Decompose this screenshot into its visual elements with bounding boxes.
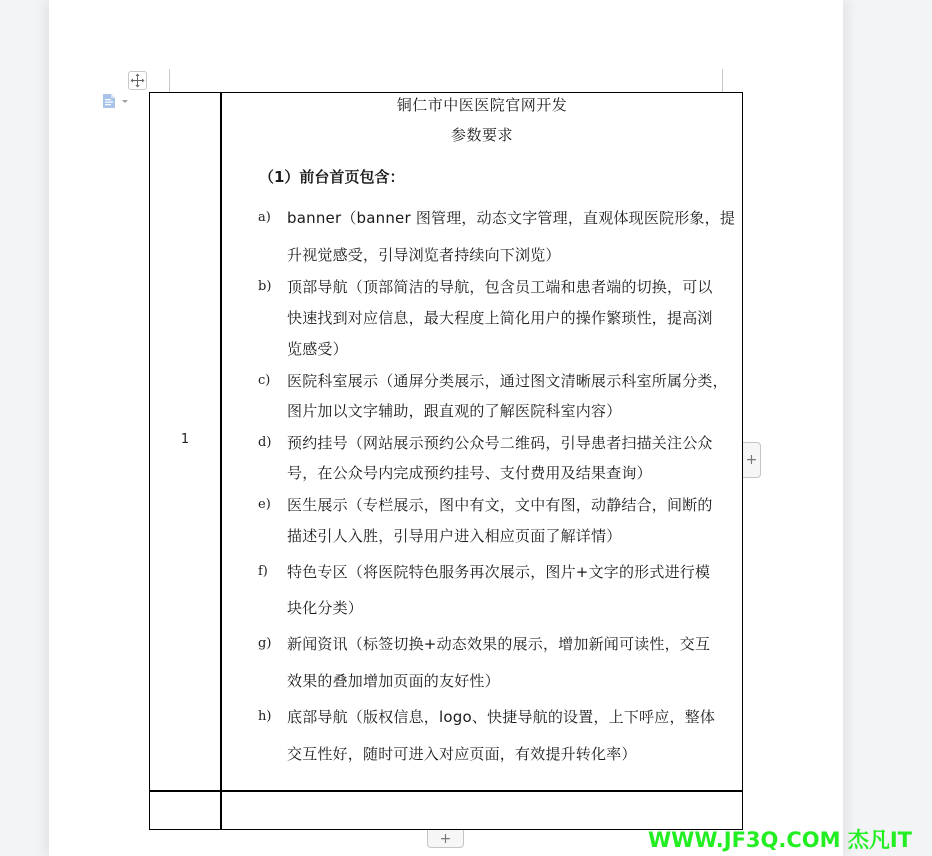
- paragraph-options-button[interactable]: [102, 94, 130, 108]
- list-marker: g): [258, 636, 271, 651]
- list-item-line: 预约挂号（网站展示预约公众号二维码，引导患者扫描关注公众: [287, 432, 713, 453]
- list-marker: b): [258, 279, 271, 294]
- move-icon: [130, 73, 145, 88]
- list-item-line: 号，在公众号内完成预约挂号、支付费用及结果查询）: [287, 462, 652, 483]
- list-marker: c): [258, 373, 270, 388]
- left-margin-guide: [169, 69, 170, 92]
- list-marker: d): [258, 435, 271, 450]
- table-move-handle[interactable]: [128, 71, 147, 90]
- document-icon: [102, 94, 116, 108]
- list-item-line: 效果的叠加增加页面的友好性）: [287, 670, 500, 691]
- list-item-line: 医院科室展示（通屏分类展示，通过图文清晰展示科室所属分类，: [287, 370, 728, 391]
- watermark: WWW.JF3Q.COM 杰凡IT: [648, 824, 912, 854]
- document-subtitle: 参数要求: [222, 124, 742, 145]
- list-item-line: 描述引人入胜，引导用户进入相应页面了解详情）: [287, 525, 621, 546]
- list-item-line: 览感受）: [287, 338, 348, 359]
- list-item-line: 新闻资讯（标签切换+动态效果的展示，增加新闻可读性，交互: [287, 633, 710, 654]
- list-item-line: banner（banner 图管理，动态文字管理，直观体现医院形象，提: [287, 207, 735, 228]
- list-item-line: 图片加以文字辅助，跟直观的了解医院科室内容）: [287, 400, 621, 421]
- list-item-line: 升视觉感受，引导浏览者持续向下浏览）: [287, 244, 561, 265]
- list-marker: h): [258, 709, 271, 724]
- plus-icon: +: [746, 452, 758, 468]
- empty-number-cell[interactable]: [150, 792, 220, 829]
- chevron-down-icon: [122, 100, 128, 103]
- add-column-button[interactable]: +: [743, 442, 761, 478]
- list-item-line: 顶部导航（顶部简洁的导航，包含员工端和患者端的切换，可以: [287, 276, 713, 297]
- list-item-line: 特色专区（将医院特色服务再次展示，图片+文字的形式进行模: [287, 561, 710, 582]
- requirements-table: 1 铜仁市中医医院官网开发 参数要求 （1）前台首页包含： a) banner（…: [149, 92, 743, 830]
- list-marker: e): [258, 497, 271, 512]
- list-item-line: 交互性好，随时可进入对应页面，有效提升转化率）: [287, 743, 637, 764]
- column-divider: [220, 93, 222, 829]
- list-marker: a): [258, 210, 271, 225]
- add-row-button[interactable]: +: [427, 830, 464, 848]
- list-item-line: 块化分类）: [287, 597, 363, 618]
- list-item-line: 医生展示（专栏展示，图中有文，文中有图，动静结合，间断的: [287, 494, 713, 515]
- plus-icon: +: [440, 831, 452, 847]
- row-number-cell[interactable]: 1: [150, 432, 220, 447]
- document-title: 铜仁市中医医院官网开发: [222, 94, 742, 115]
- list-item-line: 底部导航（版权信息，logo、快捷导航的设置，上下呼应，整体: [287, 706, 715, 727]
- list-marker: f): [258, 564, 268, 579]
- section-heading: （1）前台首页包含：: [259, 166, 404, 187]
- list-item-line: 快速找到对应信息，最大程度上简化用户的操作繁琐性，提高浏: [287, 307, 713, 328]
- right-margin-guide: [722, 69, 723, 92]
